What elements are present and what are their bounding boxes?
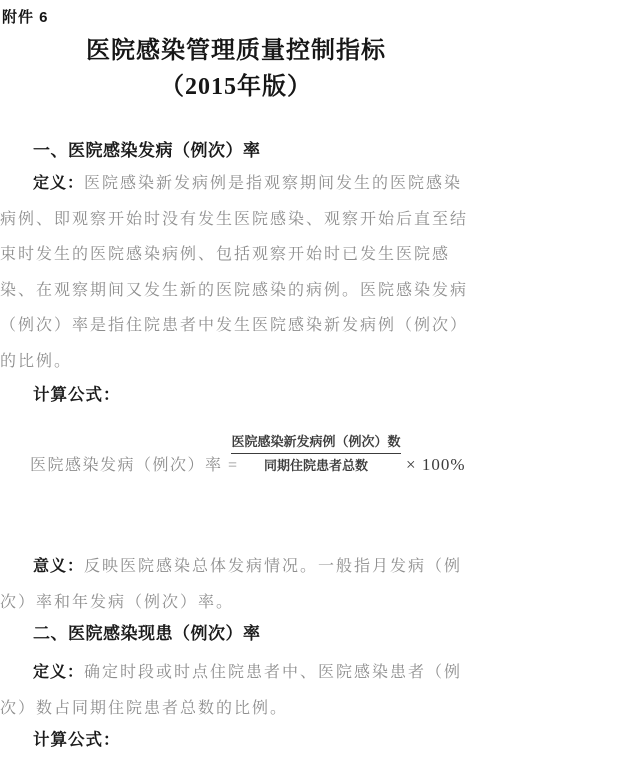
section2-heading: 二、医院感染现患（例次）率	[33, 624, 261, 644]
document-title-line1: 医院感染管理质量控制指标	[0, 37, 472, 65]
section2-definition-paragraph: 定义：确定时段或时点住院患者中、医院感染患者（例 次）数占同期住院患者总数的比例…	[0, 655, 600, 726]
section1-formula: 医院感染发病（例次）率 = 医院感染新发病例（例次）数同期住院患者总数 × 10…	[0, 432, 500, 482]
formula-multiplier: × 100%	[406, 455, 466, 475]
formula-lhs: 医院感染发病（例次）率 =	[30, 456, 239, 475]
definition-label: 定义：	[33, 664, 84, 681]
definition-text: 医院感染新发病例是指观察期间发生的医院感染 病例、即观察开始时没有发生医院感染、…	[0, 175, 468, 370]
formula-fraction: 医院感染新发病例（例次）数同期住院患者总数	[231, 432, 401, 474]
formula-numerator: 医院感染新发病例（例次）数	[231, 432, 401, 454]
formula-denominator: 同期住院患者总数	[231, 454, 401, 474]
document-page: 附件 6 医院感染管理质量控制指标 （2015年版） 一、医院感染发病（例次）率…	[0, 0, 640, 764]
section1-definition-paragraph: 定义：医院感染新发病例是指观察期间发生的医院感染 病例、即观察开始时没有发生医院…	[0, 166, 600, 379]
section1-significance-paragraph: 意义：反映医院感染总体发病情况。一般指月发病（例 次）率和年发病（例次）率。	[0, 549, 600, 620]
definition-label: 定义：	[33, 175, 84, 192]
section1-formula-label: 计算公式：	[33, 386, 121, 405]
section1-heading: 一、医院感染发病（例次）率	[33, 141, 261, 161]
document-title-line2: （2015年版）	[0, 73, 472, 101]
significance-label: 意义：	[33, 558, 84, 575]
section2-formula-label: 计算公式：	[33, 731, 121, 750]
attachment-label: 附件 6	[2, 6, 49, 27]
